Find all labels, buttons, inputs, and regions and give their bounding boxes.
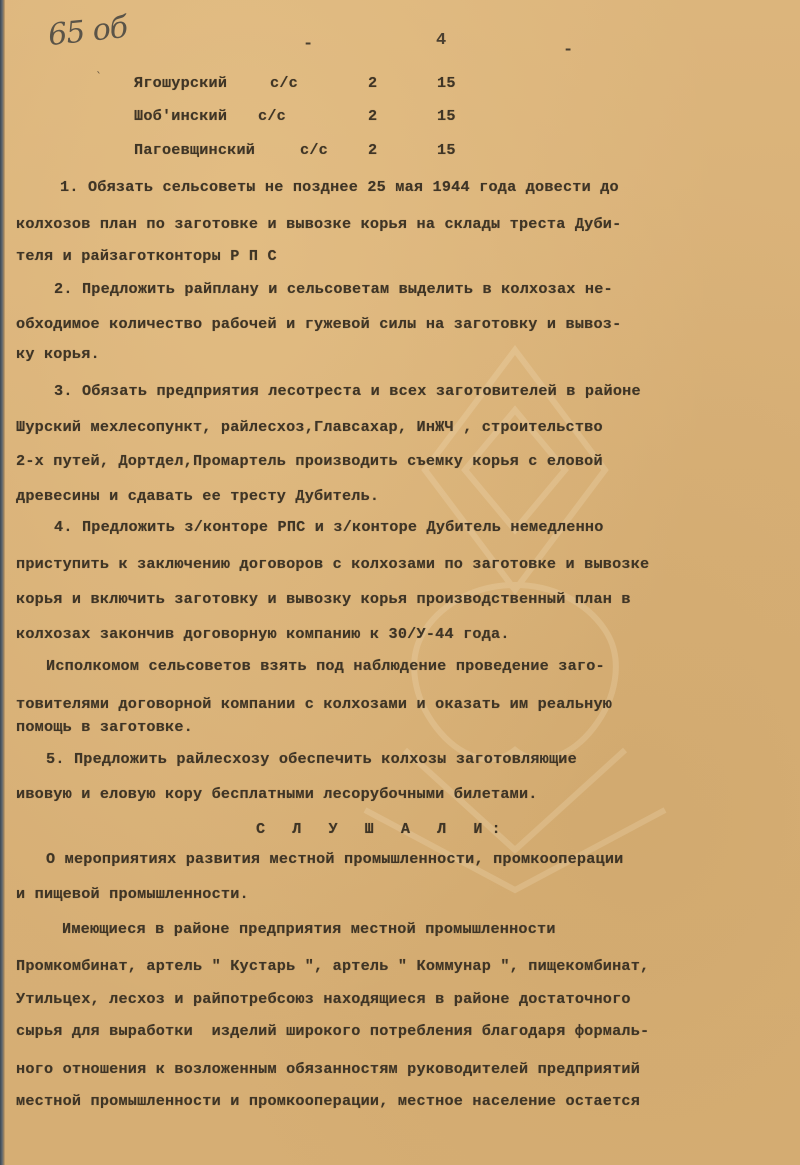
text-line: Исполкомом сельсоветов взять под наблюде…	[46, 657, 605, 675]
table-row: Ягошурскийс/с215	[0, 74, 800, 96]
text-line: приступить к заключению договоров с колх…	[16, 555, 649, 573]
table-cell-name: Шоб'инский	[134, 107, 227, 125]
page-marker-dash-right: -	[563, 41, 573, 60]
page-marker: - 4 -	[0, 35, 800, 65]
table-cell-col1: 2	[368, 74, 377, 92]
text-line: 5. Предложить райлесхозу обеспечить колх…	[46, 750, 577, 768]
text-line: 1. Обязать сельсоветы не позднее 25 мая …	[60, 178, 619, 196]
text-line: Утильцех, лесхоз и райпотребсоюз находящ…	[16, 990, 631, 1008]
text-line: Шурский мехлесопункт, райлесхоз,Главсаха…	[16, 418, 603, 436]
page-marker-dash-left: -	[303, 35, 313, 54]
page-number: 4	[436, 31, 446, 50]
table-cell-type: с/с	[300, 141, 328, 159]
text-line: обходимое количество рабочей и гужевой с…	[16, 315, 621, 333]
text-line: Имеющиеся в районе предприятия местной п…	[62, 920, 556, 938]
text-line: колхозов план по заготовке и вывозке кор…	[16, 215, 621, 233]
table-cell-col1: 2	[368, 107, 377, 125]
text-line: 3. Обязать предприятия лесотреста и всех…	[54, 382, 641, 400]
text-line: помощь в заготовке.	[16, 718, 193, 736]
table-cell-name: Ягошурский	[134, 74, 227, 92]
table-cell-type: с/с	[270, 74, 298, 92]
table-cell-col2: 15	[437, 74, 456, 92]
text-line: 2-х путей, Дортдел,Промартель производит…	[16, 452, 603, 470]
text-line: теля и райзаготконторы Р П С	[16, 247, 277, 265]
table-cell-col2: 15	[437, 107, 456, 125]
text-line: ивовую и еловую кору бесплатными лесоруб…	[16, 785, 538, 803]
table-cell-type: с/с	[258, 107, 286, 125]
text-line: сырья для выработки изделий широкого пот…	[16, 1022, 649, 1040]
text-line: Промкомбинат, артель " Кустарь ", артель…	[16, 957, 649, 975]
text-line: древесины и сдавать ее тресту Дубитель.	[16, 487, 379, 505]
section-heading: С Л У Ш А Л И:	[256, 820, 510, 838]
text-line: местной промышленности и промкооперации,…	[16, 1092, 640, 1110]
text-line: корья и включить заготовку и вывозку кор…	[16, 590, 631, 608]
table-cell-col2: 15	[437, 141, 456, 159]
text-line: колхозах закончив договорную компанию к …	[16, 625, 510, 643]
text-line: 4. Предложить з/конторе РПС и з/конторе …	[54, 518, 604, 536]
text-line: и пищевой промышленности.	[16, 885, 249, 903]
text-line: ного отношения к возложенным обязанностя…	[16, 1060, 640, 1078]
table-cell-col1: 2	[368, 141, 377, 159]
text-line: О мероприятиях развития местной промышле…	[46, 850, 623, 868]
table-row: Шоб'инскийс/с215	[0, 107, 800, 129]
text-line: 2. Предложить райплану и сельсоветам выд…	[54, 280, 613, 298]
table-row: Пагоевщинскийс/с215	[0, 141, 800, 163]
text-line: ку корья.	[16, 345, 100, 363]
text-line: товителями договорной компании с колхоза…	[16, 695, 612, 713]
table-cell-name: Пагоевщинский	[134, 141, 255, 159]
